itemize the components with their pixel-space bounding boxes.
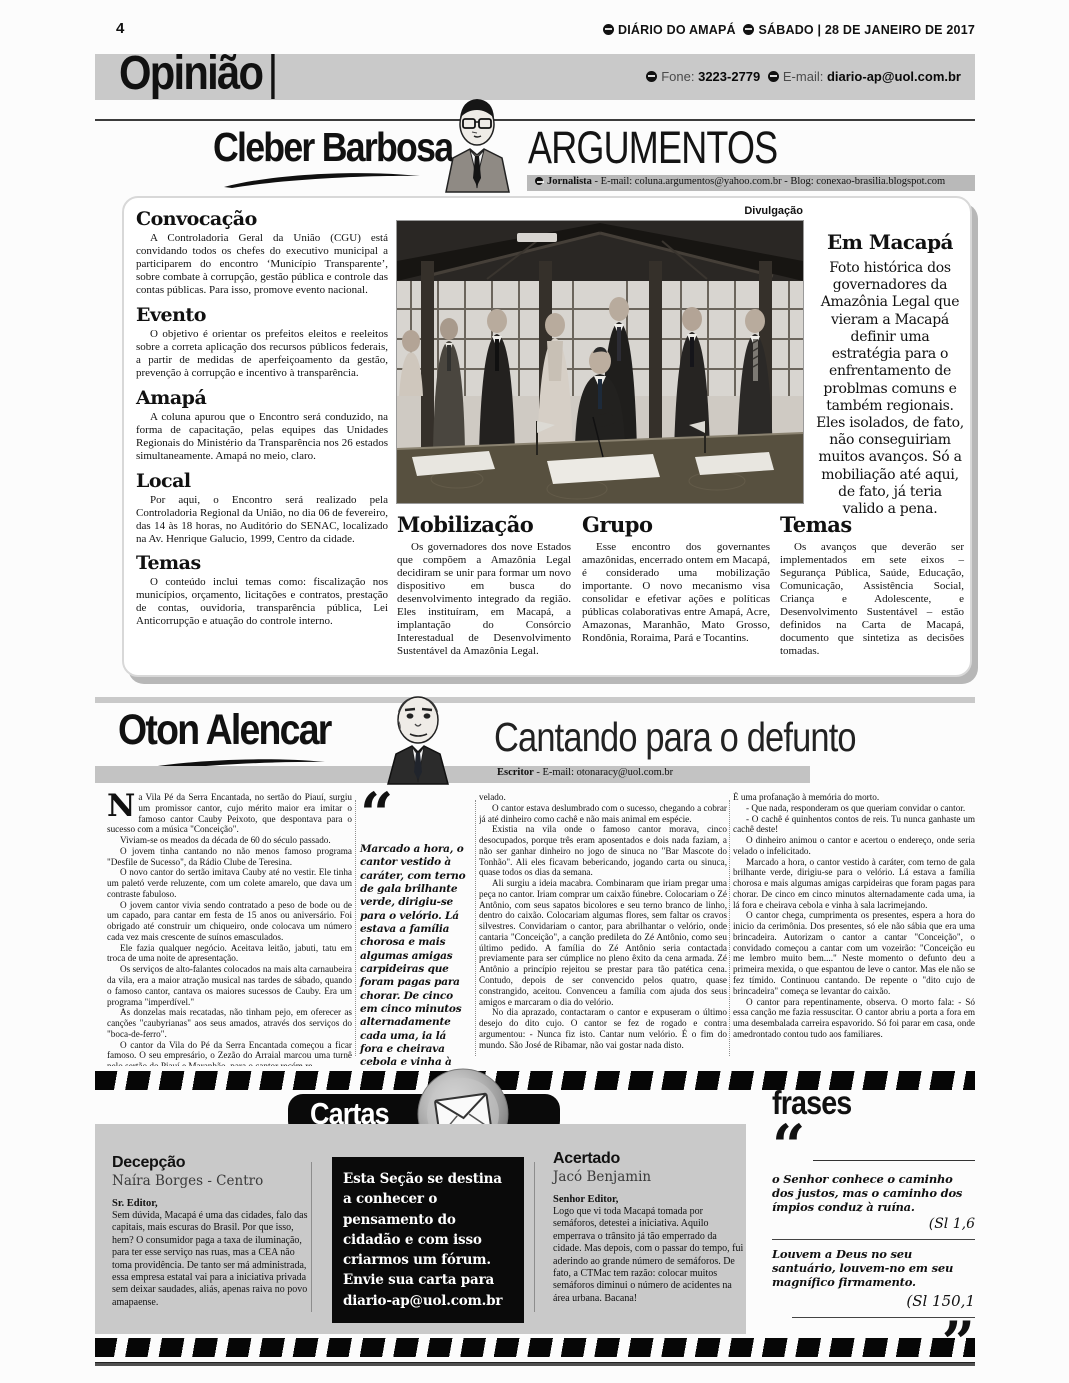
dateline: DIÁRIO DO AMAPÁ SÁBADO | 28 DE JANEIRO D…: [599, 23, 975, 37]
cronica-column-1: Na Vila Pé da Serra Encantada, no sertão…: [107, 792, 352, 1066]
phone-number: 3223-2779: [698, 69, 760, 84]
globe-icon: [646, 71, 657, 82]
letter-title: Decepção: [112, 1154, 308, 1172]
temas-column: Temas Os avanços que deverão ser impleme…: [780, 512, 964, 658]
governors-photo: [397, 221, 803, 503]
cronica-title: Cantando para o defunto: [494, 714, 925, 761]
photo-credit: Divulgação: [397, 205, 803, 217]
section-heading: Temas: [136, 552, 388, 574]
email-label: E-mail:: [783, 69, 823, 84]
section-heading: Amapá: [136, 387, 388, 409]
letter-title: Acertado: [553, 1150, 745, 1168]
section-text: O objetivo é orientar os prefeitos eleit…: [136, 328, 388, 380]
section-title: Opinião|: [119, 46, 300, 101]
cronica-byline: Escritor - E-mail: otonaracy@uol.com.br: [497, 767, 673, 778]
letter-body: Sem dúvida, Macapá é uma das cidades, fa…: [112, 1210, 308, 1309]
letter-author: Naíra Borges - Centro: [112, 1173, 308, 1189]
column-rule: [729, 800, 730, 1056]
letter-decepcao: Decepção Naíra Borges - Centro Sr. Edito…: [112, 1154, 308, 1309]
letter-author: Jacó Benjamin: [553, 1169, 745, 1185]
section-text: Foto histórica dos governadores da Amazô…: [816, 260, 964, 518]
section-text: A Controladoria Geral da União (CGU) est…: [136, 232, 388, 297]
quote-reference: (Sl 1,6: [772, 1216, 975, 1232]
globe-icon: [603, 24, 614, 35]
frases-title: frases: [772, 1086, 975, 1119]
quote-rule: [772, 1239, 975, 1240]
bottom-rule: [95, 1362, 975, 1366]
section-text: A coluna apurou que o Encontro será cond…: [136, 411, 388, 463]
letters-panel: Decepção Naíra Borges - Centro Sr. Edito…: [95, 1124, 746, 1334]
column-rule: [355, 800, 356, 1056]
drop-cap: N: [107, 794, 135, 819]
open-quote-icon: “: [360, 800, 472, 829]
panel-divider: [534, 1162, 535, 1312]
section-heading: Em Macapá: [816, 230, 964, 254]
masthead: DIÁRIO DO AMAPÁ: [618, 23, 736, 37]
panel-divider: [311, 1162, 312, 1312]
checker-divider: [95, 1338, 975, 1357]
divider-rule: [95, 119, 975, 121]
pull-quote: “ Marcado a hora, o cantor vestido à car…: [360, 800, 472, 1083]
grupo-column: Grupo Esse encontro dos governantes amaz…: [582, 512, 770, 645]
section-text: Por aqui, o Encontro será realizado pela…: [136, 494, 388, 546]
byline-bar: Jornalista - E-mail: coluna.argumentos@y…: [527, 175, 975, 191]
email-address: diario-ap@uol.com.br: [827, 69, 961, 84]
quote-reference: (Sl 150,1: [772, 1292, 975, 1310]
section-heading: Convocação: [136, 208, 388, 230]
pull-quote-text: Marcado a hora, o cantor vestido à carát…: [360, 843, 472, 1083]
column-rule: [475, 800, 476, 1056]
cronica-column-3: É uma profanação à memória do morto.- Qu…: [733, 792, 975, 1066]
section-heading: Grupo: [582, 512, 770, 537]
section-text: Os avanços que deverão ser implementados…: [780, 541, 964, 658]
section-heading: Mobilização: [397, 512, 571, 537]
letter-salutation: Senhor Editor,: [553, 1194, 745, 1205]
title-divider: |: [267, 47, 276, 100]
mobilizacao-column: Mobilização Os governadores dos nove Est…: [397, 512, 571, 658]
quote-text: o Senhor conhece o caminho dos justos, m…: [772, 1173, 975, 1214]
page-number: 4: [116, 20, 124, 37]
divider-band: [95, 697, 975, 703]
cartas-notice: Esta Seção se destina a conhecer o pensa…: [332, 1157, 524, 1323]
open-quote-icon: “: [772, 1129, 805, 1165]
cronica-column-2: velado.O cantor estava deslumbrado com o…: [479, 792, 727, 1066]
letter-acertado: Acertado Jacó Benjamin Senhor Editor, Lo…: [553, 1150, 745, 1305]
em-macapa-column: Em Macapá Foto histórica dos governadore…: [816, 230, 964, 518]
globe-icon: [768, 71, 779, 82]
section-text: Os governadores dos nove Estados que com…: [397, 541, 571, 658]
section-heading: Local: [136, 470, 388, 492]
argumentos-left-column: Convocação A Controladoria Geral da Uniã…: [136, 208, 388, 628]
contact-info: Fone: 3223-2779 E-mail: diario-ap@uol.co…: [642, 69, 961, 84]
columnist-name-oton: Oton Alencar: [118, 706, 362, 755]
globe-icon: [743, 24, 754, 35]
frases-section: frases “ o Senhor conhece o caminho dos …: [772, 1086, 975, 1360]
section-text: O conteúdo inclui temas como: fiscalizaç…: [136, 576, 388, 628]
cleber-caricature: [436, 92, 518, 193]
newspaper-page: 4 DIÁRIO DO AMAPÁ SÁBADO | 28 DE JANEIRO…: [0, 0, 1069, 1383]
phone-label: Fone:: [661, 69, 694, 84]
oton-caricature: [372, 688, 464, 785]
quote-rule: [813, 1160, 975, 1161]
section-heading: Evento: [136, 304, 388, 326]
edition-date: SÁBADO | 28 DE JANEIRO DE 2017: [758, 23, 975, 37]
letter-body: Logo que vi toda Macapá tomada por semáf…: [553, 1206, 745, 1305]
globe-icon: [535, 177, 543, 185]
quote-text: Louvem a Deus no seu santuário, louvem-n…: [772, 1248, 975, 1289]
columnist-byline: Jornalista - E-mail: coluna.argumentos@y…: [527, 175, 975, 187]
column-title-argumentos: ARGUMENTOS: [528, 122, 840, 174]
section-banner: Opinião| Fone: 3223-2779 E-mail: diario-…: [95, 54, 975, 100]
letter-salutation: Sr. Editor,: [112, 1198, 308, 1209]
swoosh-underline: [222, 172, 422, 189]
section-heading: Temas: [780, 512, 964, 537]
section-text: Esse encontro dos governantes amazônidas…: [582, 541, 770, 645]
argumentos-content-box: Convocação A Controladoria Geral da Uniã…: [122, 196, 972, 677]
